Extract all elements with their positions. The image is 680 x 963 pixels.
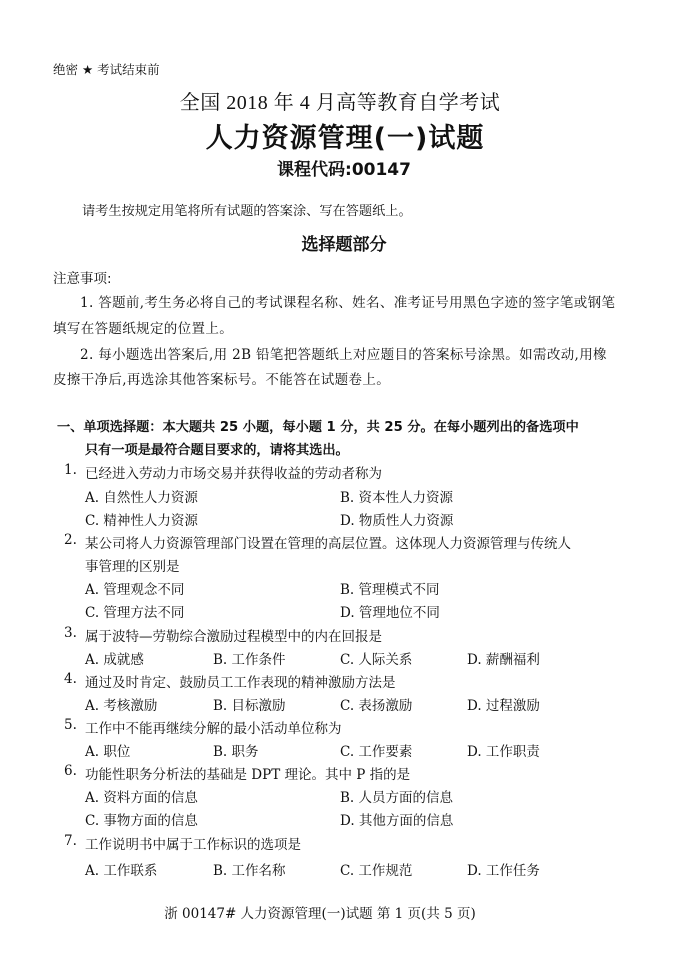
question-text: 已经进入劳动力市场交易并获得收益的劳动者称为 — [85, 462, 382, 482]
course-code: 课程代码:00147 — [0, 155, 680, 180]
note-line: 1. 答题前,考生务必将自己的考试课程名称、姓名、准考证号用黑色字迹的签字笔或钢… — [80, 291, 615, 311]
answer-instruction: 请考生按规定用笔将所有试题的答案涂、写在答题纸上。 — [82, 200, 412, 219]
option-c: C. 表扬激励 — [340, 694, 412, 714]
option-c: C. 工作要素 — [340, 740, 412, 760]
section-heading-cont: 只有一项是最符合题目要求的，请将其选出。 — [85, 439, 349, 458]
question-number: 1. — [64, 462, 77, 478]
option-a: A. 考核激励 — [85, 694, 157, 714]
option-d: D. 工作职责 — [467, 740, 540, 760]
option-b: B. 资本性人力资源 — [340, 486, 453, 506]
option-c: C. 管理方法不同 — [85, 601, 184, 621]
part-title: 选择题部分 — [0, 230, 680, 255]
option-b: B. 工作条件 — [213, 648, 286, 668]
question-text: 通过及时肯定、鼓励员工工作表现的精神激励方法是 — [85, 671, 396, 691]
option-d: D. 管理地位不同 — [340, 601, 440, 621]
question-text: 工作说明书中属于工作标识的选项是 — [85, 833, 301, 853]
question-number: 2. — [64, 532, 77, 548]
note-line: 填写在答题纸规定的位置上。 — [53, 317, 233, 337]
option-a: A. 成就感 — [85, 648, 144, 668]
note-line: 2. 每小题选出答案后,用 2B 铅笔把答题纸上对应题目的答案标号涂黑。如需改动… — [80, 343, 607, 363]
question-number: 7. — [64, 833, 77, 849]
question-number: 3. — [64, 625, 77, 641]
question-text-cont: 事管理的区别是 — [85, 555, 180, 575]
option-a: A. 资料方面的信息 — [85, 786, 198, 806]
question-text: 某公司将人力资源管理部门设置在管理的高层位置。这体现人力资源管理与传统人 — [85, 532, 571, 552]
question-number: 5. — [64, 717, 77, 733]
option-a: A. 职位 — [85, 740, 130, 760]
subject-title: 人力资源管理(一)试题 — [0, 116, 680, 155]
option-b: B. 目标激励 — [213, 694, 286, 714]
option-a: A. 自然性人力资源 — [85, 486, 198, 506]
option-d: D. 其他方面的信息 — [340, 809, 453, 829]
option-c: C. 事物方面的信息 — [85, 809, 198, 829]
question-text: 功能性职务分析法的基础是 DPT 理论。其中 P 指的是 — [85, 763, 410, 783]
option-c: C. 精神性人力资源 — [85, 509, 198, 529]
question-number: 4. — [64, 671, 77, 687]
question-number: 6. — [64, 763, 77, 779]
option-a: A. 管理观念不同 — [85, 578, 184, 598]
option-b: B. 人员方面的信息 — [340, 786, 453, 806]
option-b: B. 职务 — [213, 740, 259, 760]
option-d: D. 工作任务 — [467, 859, 540, 879]
note-line: 皮擦干净后,再选涂其他答案标号。不能答在试题卷上。 — [53, 368, 390, 388]
page-footer: 浙 00147# 人力资源管理(一)试题 第 1 页(共 5 页) — [0, 902, 640, 922]
option-c: C. 人际关系 — [340, 648, 412, 668]
question-text: 属于波特—劳勒综合激励过程模型中的内在回报是 — [85, 625, 382, 645]
notes-heading: 注意事项: — [53, 267, 112, 287]
exam-title: 全国 2018 年 4 月高等教育自学考试 — [0, 86, 680, 115]
option-d: D. 薪酬福利 — [467, 648, 540, 668]
option-d: D. 过程激励 — [467, 694, 540, 714]
option-c: C. 工作规范 — [340, 859, 412, 879]
section-heading: 一、单项选择题：本大题共 25 小题，每小题 1 分，共 25 分。在每小题列出… — [57, 416, 579, 435]
option-b: B. 工作名称 — [213, 859, 286, 879]
option-d: D. 物质性人力资源 — [340, 509, 453, 529]
option-a: A. 工作联系 — [85, 859, 157, 879]
option-b: B. 管理模式不同 — [340, 578, 440, 598]
secret-mark: 绝密 ★ 考试结束前 — [53, 60, 160, 78]
question-text: 工作中不能再继续分解的最小活动单位称为 — [85, 717, 342, 737]
